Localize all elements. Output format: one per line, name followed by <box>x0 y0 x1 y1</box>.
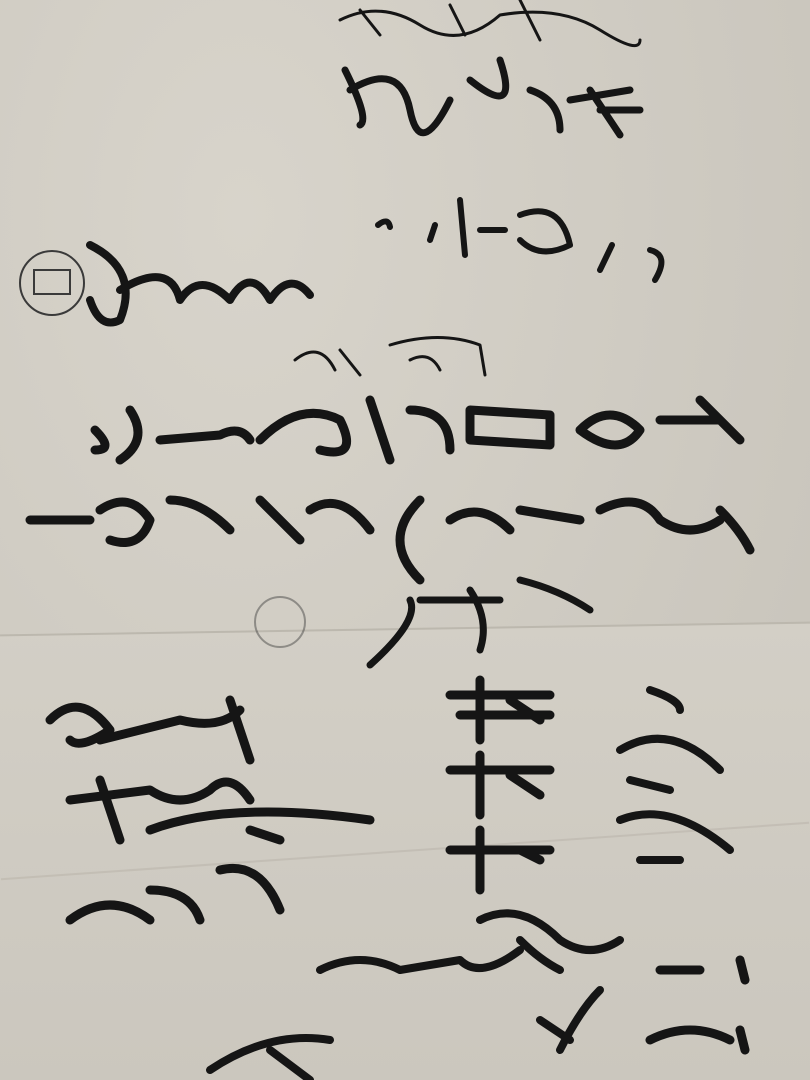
ink-column-1 <box>340 0 640 46</box>
seal-glyph <box>34 270 70 294</box>
ink-column-5 <box>30 500 750 580</box>
ink-column-8 <box>620 690 730 860</box>
ink-column-9 <box>50 700 370 920</box>
ink-annotation <box>295 338 485 376</box>
faint-seal-stamp <box>255 597 305 647</box>
calligraphy-layer <box>0 0 810 1080</box>
ink-column-3 <box>378 200 661 280</box>
ink-column-10 <box>320 913 620 1050</box>
seal-stamp <box>20 251 84 315</box>
ink-column-4 <box>95 400 740 460</box>
ink-column-11 <box>650 960 745 1050</box>
ink-signature <box>90 245 310 323</box>
ink-column-12 <box>210 1038 330 1080</box>
ink-column-7 <box>450 680 550 890</box>
ink-column-2 <box>345 60 640 135</box>
ink-column-6 <box>370 580 590 665</box>
